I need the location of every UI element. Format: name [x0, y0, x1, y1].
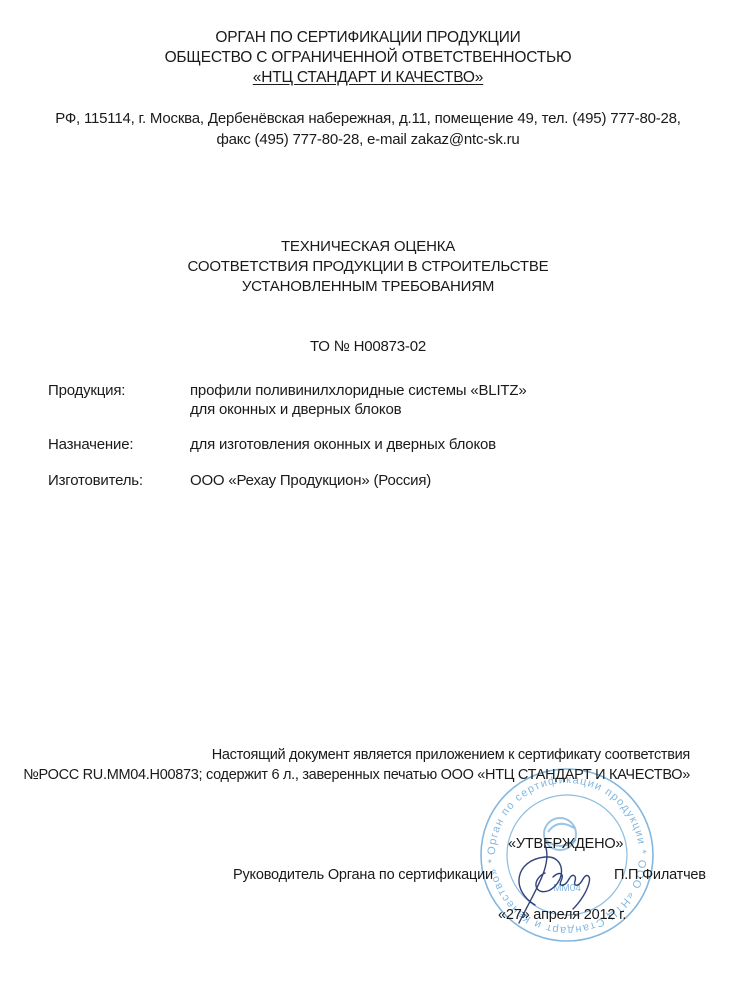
- field-value-purpose: для изготовления оконных и дверных блоко…: [190, 435, 496, 455]
- doc-title-line3: УСТАНОВЛЕННЫМ ТРЕБОВАНИЯМ: [0, 277, 736, 297]
- org-legal-form: ОБЩЕСТВО С ОГРАНИЧЕННОЙ ОТВЕТСТВЕННОСТЬЮ: [0, 48, 736, 68]
- signatory-name: П.П.Филатчев: [614, 866, 706, 884]
- appendix-note-line1: Настоящий документ является приложением …: [212, 745, 690, 765]
- org-brand-wrap: «НТЦ СТАНДАРТ И КАЧЕСТВО»: [0, 68, 736, 88]
- appendix-note-line2: №РОСС RU.ММ04.Н00873; содержит 6 л., зав…: [23, 765, 690, 785]
- doc-title-line2: СООТВЕТСТВИЯ ПРОДУКЦИИ В СТРОИТЕЛЬСТВЕ: [0, 257, 736, 277]
- field-value-product-cont: для оконных и дверных блоков: [190, 400, 401, 420]
- org-brand-name: «НТЦ СТАНДАРТ И КАЧЕСТВО»: [253, 69, 483, 86]
- doc-title-line1: ТЕХНИЧЕСКАЯ ОЦЕНКА: [0, 237, 736, 257]
- field-label-product: Продукция:: [48, 381, 125, 401]
- contact-line: факс (495) 777-80-28, e-mail zakaz@ntc-s…: [0, 129, 736, 150]
- doc-number: ТО № Н00873-02: [0, 337, 736, 357]
- org-name-line: ОРГАН ПО СЕРТИФИКАЦИИ ПРОДУКЦИИ: [0, 28, 736, 48]
- address-line: РФ, 115114, г. Москва, Дербенёвская набе…: [0, 108, 736, 129]
- field-value-product: профили поливинилхлоридные системы «BLIT…: [190, 381, 526, 401]
- signatory-position: Руководитель Органа по сертификации: [233, 866, 493, 884]
- field-value-manufacturer: ООО «Рехау Продукцион» (Россия): [190, 471, 431, 491]
- field-label-purpose: Назначение:: [48, 435, 133, 455]
- signature-icon: [505, 835, 615, 930]
- field-label-manufacturer: Изготовитель:: [48, 471, 143, 491]
